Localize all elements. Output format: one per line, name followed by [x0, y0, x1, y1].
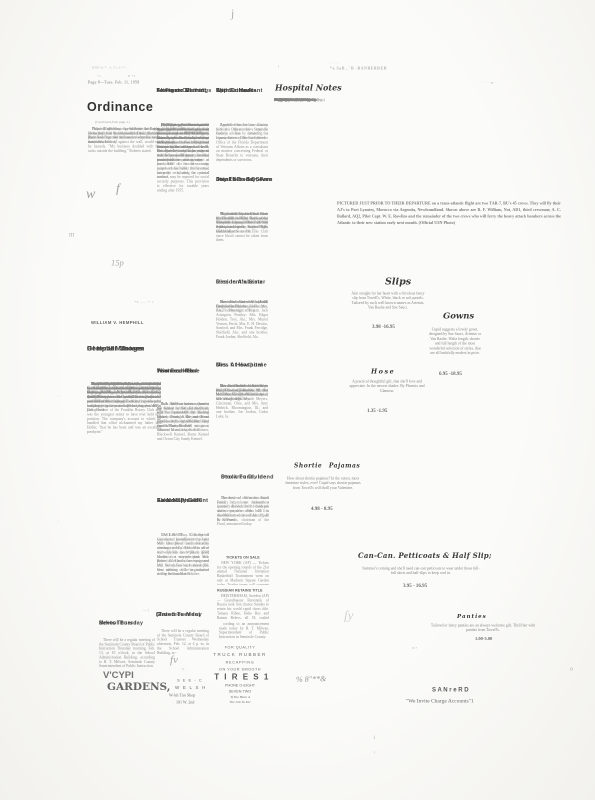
text-line: There will be a regular meeting of the S…: [157, 629, 209, 655]
text-line: Police Chief Roy G. Williams told non-co…: [88, 127, 160, 144]
scan-mark: B ' * h: [128, 75, 135, 78]
ad-cancan-body: Summer's coming and she'll need can-can …: [360, 566, 482, 575]
article-russian-body: HEISTERSHAM, Sweden (AP) — Grandmaster B…: [217, 594, 269, 619]
article-hemphill-body: Announcement of the appointment of Willi…: [87, 382, 161, 613]
ad-hose-body: A practical thoughtful gift, that she'll…: [348, 379, 426, 393]
scan-mark: ·|L: [181, 668, 184, 671]
headline-hospital-notes: Hospital Notes: [275, 83, 342, 93]
ad-store-name: S A N r e R D: [432, 686, 469, 693]
tires-ad-big: T I R E S 1: [213, 673, 271, 682]
text-line: Dies At Hospital: [216, 359, 263, 371]
scan-mark: -·- — ·- —: [329, 62, 340, 65]
text-line: Declares Dividend: [221, 471, 274, 483]
tires-ad-line1: FOR QUALITY: [215, 645, 265, 650]
text-line: HEISTERSHAM, Sweden (AP) — Grandmaster B…: [217, 594, 269, 619]
ad-gowns-title: Gowns: [443, 311, 474, 321]
welsh-ad-address: 101 W. 2nd: [176, 700, 194, 705]
headline-tickets: TICKETS ON SALE: [226, 555, 260, 560]
scan-mark: *a SaB , 'B -BANBERRER: [330, 66, 387, 71]
tires-ad-line4: ON YOUR SMOOTH: [215, 667, 265, 672]
article-winners-body: Two four-time winners head a fast field …: [157, 402, 209, 491]
ad-gowns-body: Cupid suggests a lovely gown, designed b…: [427, 327, 483, 355]
scan-mark: ·: [60, 694, 61, 697]
hospital-notes-list: FEB. 10AdmissionsAnnie Lee Plisler (Oran…: [274, 98, 337, 229]
ad-panties-title: Panties: [457, 613, 487, 620]
text-line: Brisson Funeral Home is in charge of arr…: [216, 384, 268, 393]
ad-shortie-body: How about shortie pajamas? In the cutest…: [283, 476, 363, 490]
scan-mark: fv: [170, 653, 178, 666]
text-line: Requests for information regarding these…: [157, 123, 209, 162]
scan-mark: ·: [58, 289, 59, 292]
tires-ad-line3: RECAPPING: [215, 660, 265, 665]
scan-mark: ·: [376, 763, 377, 768]
scan-mark: * n: [97, 75, 100, 78]
text-line: He warned, however, that those with cold…: [216, 212, 268, 242]
welsh-ad-name: W E L S H: [175, 685, 207, 690]
tires-ad-phone2: SEVEN TWO: [215, 689, 265, 694]
scan-mark: ·: [60, 756, 61, 759]
article-sister-body: Mrs. Fred Carter Sr., passed away at her…: [216, 300, 268, 357]
scan-mark: :: [58, 519, 59, 523]
tires-ad-line2: TRUCK RUBBER: [213, 652, 267, 657]
scan-mark: ·: [57, 555, 58, 558]
ad-cancan-title: Can-Can. Petticoats & Half Slip;: [358, 552, 492, 560]
scan-mark: ·: [57, 119, 58, 122]
photo-caption: PICTURED JUST PRIOR TO THEIR DEPARTURE o…: [337, 200, 561, 234]
scan-mark: ſy: [344, 608, 353, 623]
scan-mark: j: [230, 7, 235, 20]
article-ordinance-body: "It is not up to us to try to define the…: [88, 127, 160, 196]
ordinance-continued: (Continued from page 1): [95, 120, 130, 124]
ad-cancan-price: 3.95 - 16.95: [403, 583, 427, 589]
text-line: Steaks To Be Given: [216, 173, 272, 186]
cypress-stamp-line2: GARDENS,: [107, 680, 170, 693]
ad-slips-title: Slips: [385, 276, 411, 287]
scan-mark: :: [61, 709, 62, 712]
tires-ad-slogan2: Tire Job To Do': [215, 700, 265, 704]
scan-mark: BTEL3 (·*' . J.: T ,t Jr *'7·,: [92, 66, 127, 70]
welsh-ad-line1: S E E - C: [177, 678, 203, 683]
article-school-board-body: There will be a regular meeting of the S…: [99, 638, 155, 667]
article-lake-mary-body: LAKE MARY — E. R. Spidell was elected pr…: [157, 533, 209, 601]
scan-mark: % 8"**&: [296, 674, 327, 684]
headline-russian: RUSSIAN RETAINS TITLE: [217, 588, 263, 593]
scan-mark: 1: [373, 735, 376, 741]
ad-panties-price: 1.00-3.00: [475, 636, 492, 641]
scan-mark: 15p: [111, 258, 124, 268]
article-trustees-body: There will be a regular meeting of the S…: [157, 629, 209, 664]
scan-mark: —: [57, 394, 60, 397]
text-line: June Goff (Sanford): [274, 98, 303, 102]
scan-mark: '*'L , — . * ' t': [134, 300, 154, 304]
article-tickets-body: NEW YORK (AP) — Tickets for the opening …: [217, 561, 269, 585]
scan-mark: w: [86, 186, 95, 202]
text-line: Dies In Alabama: [216, 276, 263, 288]
newspaper-page: Page 8—Tues. Feb. 11, 1958 Ordinance (Co…: [0, 0, 595, 800]
scan-mark: ·: [60, 725, 61, 728]
scan-mark: t: [278, 64, 279, 69]
text-line: "The Holler Motor Sale" has been success…: [87, 382, 161, 399]
text-line: NEW YORK (AP) — Tickets for the opening …: [217, 561, 269, 585]
ad-slips-body: Aim straight for her heart with a frivol…: [351, 291, 425, 310]
tires-ad-slogan1: 'If You Have A: [215, 695, 265, 699]
text-line: Of Holler Motors: [87, 342, 143, 355]
text-line: Meets Thursday: [99, 619, 143, 628]
scan-mark: t: [374, 750, 375, 755]
article-stock-fund-body: Directors of Investors Stock Fund, Inc.,…: [217, 496, 269, 553]
article-hawthorne-body: Mrs. Isabella Reese Hawthorne passed awa…: [216, 384, 268, 469]
ad-slips-price: 3.98 -16.95: [372, 324, 395, 330]
scan-mark: f: [116, 181, 120, 196]
ad-panties-body: Tailored or fancy panties are an always …: [430, 623, 536, 632]
text-line: To Figure Earnings: [157, 84, 212, 97]
article-formers-body: Self-employed farmers may use an alterna…: [157, 123, 209, 365]
article-overflow-body: cording to an announcement made today by…: [219, 622, 269, 642]
article-blood-donor-body: The Central Florida Blood Bank bloodmobi…: [216, 212, 268, 273]
text-line: Both $845 winners represent the kennel o…: [157, 402, 209, 441]
text-line: The Lake Mary Chamber of Commerce beauti…: [157, 533, 209, 577]
photo-caption-hemphill: WILLIAM V. HEMPHILL: [91, 320, 144, 325]
scan-mark: o: [570, 665, 573, 673]
ad-store-tagline: "We Invite Charge Accounts"1: [406, 698, 474, 704]
scan-mark: m: [69, 231, 74, 239]
text-line: Slated Tuesday: [156, 610, 202, 619]
scan-mark: N ?: [412, 646, 417, 650]
text-line: There will be a regular meeting of the S…: [99, 638, 155, 667]
ad-hose-title: Hose: [371, 368, 395, 376]
text-line: Featured 9th: [157, 365, 194, 377]
ad-hose-price: 1.35 -1.95: [367, 408, 387, 414]
scan-mark: ': [61, 741, 62, 744]
ad-gowns-price: 6.95 -18.95: [439, 371, 462, 377]
headline-ordinance: Ordinance: [87, 100, 153, 115]
text-line: With Consultant: [216, 84, 263, 97]
scan-mark: · · ' · · B ·: [483, 82, 495, 85]
welsh-ad-shop: W-lsh Tire Shop: [169, 693, 195, 698]
text-line: Survivors include her husband, Fred Cart…: [216, 300, 268, 339]
scan-mark: —·|: [143, 608, 149, 613]
ad-shortie-price: 4.98 - 8.95: [311, 506, 333, 512]
tires-ad-phone1: PHONE O-EIGHT: [215, 683, 265, 688]
article-appointments-body: Randall Chamberlain, County Service Offi…: [216, 123, 268, 171]
text-line: The dividend will be distributed entirel…: [217, 496, 269, 522]
text-line: As New President: [157, 494, 208, 507]
dateline: Page 8—Tues. Feb. 11, 1958: [88, 80, 139, 85]
ad-shortie-title: Shortie Pajamas: [294, 462, 360, 469]
text-line: cording to an announcement made today by…: [219, 622, 269, 639]
text-line: Appointments for consultation with this …: [216, 123, 268, 140]
